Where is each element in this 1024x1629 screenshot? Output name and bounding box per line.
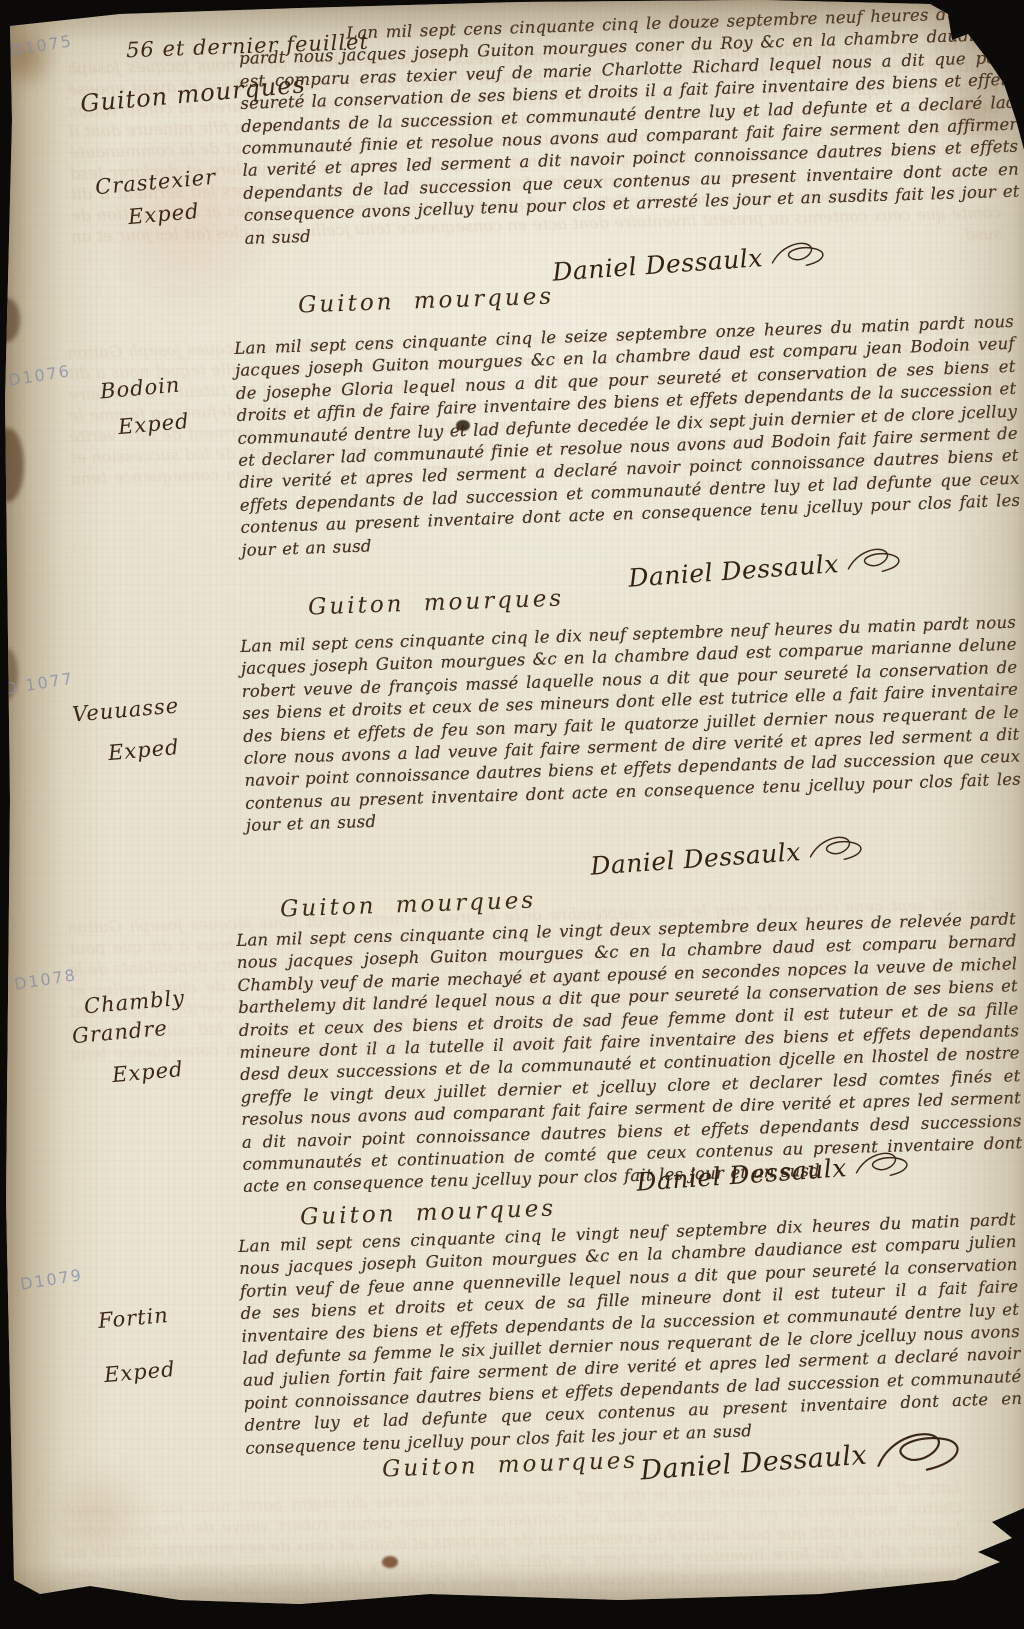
signature-paraph-icon	[806, 830, 872, 866]
verso-bleed-through: Lan mil sept cens cinquante cinq le dix …	[61, 1476, 964, 1608]
margin-name2-entry4: Grandre	[71, 1016, 169, 1048]
margin-exped-entry1: Exped	[127, 199, 200, 229]
signature-clerk-name: Daniel Dessaulx	[639, 1439, 868, 1486]
entry-body-2: Lan mil sept cens cinquante cinq le seiz…	[234, 311, 1021, 562]
paper-stain	[38, 1468, 162, 1560]
binding-hole	[0, 428, 24, 502]
margin-exped-entry5: Exped	[103, 1357, 176, 1387]
margin-exped-entry4: Exped	[111, 1057, 184, 1087]
binding-hole	[0, 298, 20, 342]
margin-name-entry5: Fortin	[97, 1303, 170, 1333]
bottom-edge-shadow	[0, 1538, 1024, 1629]
archive-ref-d1076: D1076	[7, 361, 72, 390]
signature-paraph-icon	[768, 236, 834, 272]
signature-paraph-icon	[871, 1419, 971, 1484]
archive-ref-d1075: D1075	[9, 31, 74, 60]
signature-paraph-icon	[852, 1146, 918, 1182]
archive-ref-d1078: D1078	[13, 965, 78, 994]
signature-clerk-1: Daniel Dessaulx	[551, 236, 833, 288]
paper-stain	[382, 1556, 398, 1568]
signature-judge-1: Guiton mourques	[298, 284, 555, 319]
signature-clerk-name: Daniel Dessaulx	[627, 549, 839, 593]
signature-clerk-3: Daniel Dessaulx	[589, 830, 871, 882]
archive-ref-d1077: D 1077	[3, 669, 75, 699]
entry-body-3: Lan mil sept cens cinquante cinq le dix …	[240, 612, 1022, 838]
margin-exped-entry3: Exped	[107, 735, 180, 765]
manuscript-page: Lan mil sept cens cinquante cinq le ving…	[0, 0, 1024, 1629]
signature-judge-2: Guiton mourques	[308, 586, 565, 621]
photographed-manuscript: Lan mil sept cens cinquante cinq le ving…	[0, 0, 1024, 1629]
archive-ref-d1079: D1079	[19, 1265, 84, 1294]
margin-exped-entry2: Exped	[117, 409, 190, 439]
margin-name-entry1: Crastexier	[94, 165, 217, 199]
margin-name-entry4: Chambly	[83, 986, 186, 1019]
entry-body-1: Lan mil sept cens cinquante cinq le douz…	[238, 2, 1021, 250]
margin-name-entry3: Veuuasse	[71, 693, 180, 726]
signature-judge-3: Guiton mourques	[280, 888, 537, 923]
signature-clerk-name: Daniel Dessaulx	[589, 837, 801, 881]
signature-clerk-2: Daniel Dessaulx	[627, 542, 909, 594]
margin-name-entry2: Bodoin	[99, 373, 181, 404]
signature-clerk-name: Daniel Dessaulx	[551, 243, 763, 287]
signature-paraph-icon	[844, 542, 910, 578]
